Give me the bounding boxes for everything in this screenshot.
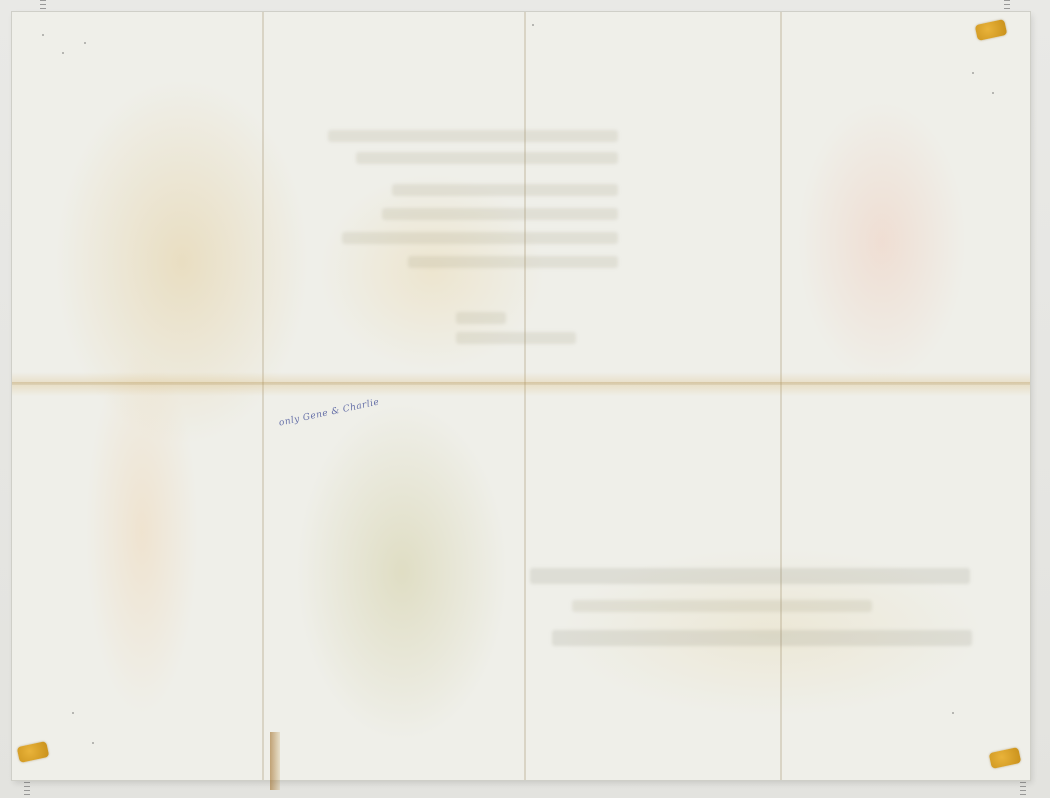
fold-line-vertical <box>780 12 782 780</box>
poster-back: only Gene & Charlie <box>12 12 1030 780</box>
handwritten-note: only Gene & Charlie <box>278 397 380 428</box>
fold-line-vertical <box>524 12 526 780</box>
tear-mark <box>270 732 280 790</box>
fold-line-vertical <box>262 12 264 780</box>
fold-line-horizontal <box>12 382 1030 385</box>
